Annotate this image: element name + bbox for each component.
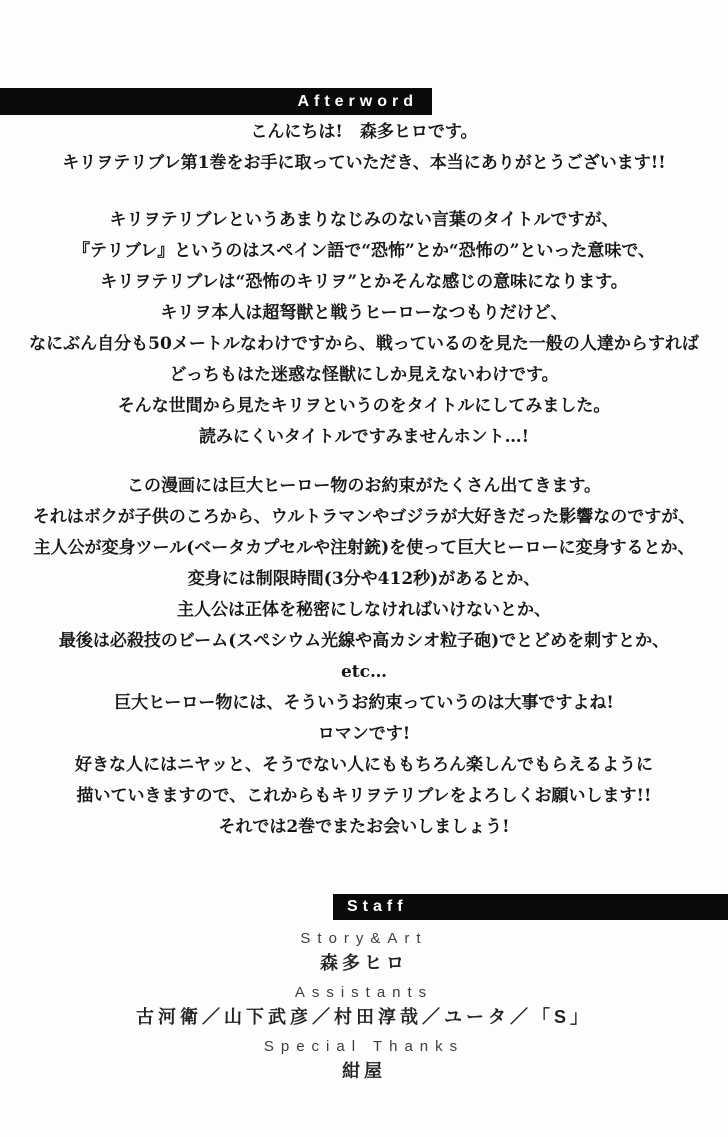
credit-block: Special Thanks紺屋 bbox=[0, 1038, 728, 1083]
credit-names: 古河衛／山下武彦／村田淳哉／ユータ／「S」 bbox=[0, 1003, 728, 1029]
afterword-header-label: Afterword bbox=[297, 93, 418, 111]
afterword-line: この漫画には巨大ヒーロー物のお約束がたくさん出てきます。 bbox=[18, 471, 710, 502]
afterword-paragraph: こんにちは! 森多ヒロです。キリヲテリブレ第1巻をお手に取っていただき、本当にあ… bbox=[18, 117, 710, 179]
afterword-paragraph: キリヲテリブレというあまりなじみのない言葉のタイトルですが、『テリブレ』というの… bbox=[18, 205, 710, 453]
afterword-line: キリヲテリブレ第1巻をお手に取っていただき、本当にありがとうございます!! bbox=[18, 148, 710, 179]
afterword-line: それでは2巻でまたお会いしましょう! bbox=[18, 812, 710, 843]
manga-afterword-page: Afterword こんにちは! 森多ヒロです。キリヲテリブレ第1巻をお手に取っ… bbox=[0, 0, 728, 1137]
afterword-line: 『テリブレ』というのはスペイン語で“恐怖”とか“恐怖の”といった意味で、 bbox=[18, 236, 710, 267]
credit-names: 紺屋 bbox=[0, 1057, 728, 1083]
afterword-line: キリヲテリブレは“恐怖のキリヲ”とかそんな感じの意味になります。 bbox=[18, 267, 710, 298]
credit-names: 森多ヒロ bbox=[0, 949, 728, 975]
afterword-line: etc… bbox=[18, 657, 710, 688]
afterword-line: ロマンです! bbox=[18, 719, 710, 750]
credit-role: Assistants bbox=[0, 984, 728, 1001]
afterword-line: なにぶん自分も50メートルなわけですから、戦っているのを見た一般の人達からすれば bbox=[18, 329, 710, 360]
afterword-line: 主人公が変身ツール(ベータカプセルや注射銃)を使って巨大ヒーローに変身するとか、 bbox=[18, 533, 710, 564]
credit-role: Special Thanks bbox=[0, 1038, 728, 1055]
afterword-line: そんな世間から見たキリヲというのをタイトルにしてみました。 bbox=[18, 391, 710, 422]
afterword-line: 巨大ヒーロー物には、そういうお約束っていうのは大事ですよね! bbox=[18, 688, 710, 719]
credit-block: Assistants古河衛／山下武彦／村田淳哉／ユータ／「S」 bbox=[0, 984, 728, 1029]
afterword-line: それはボクが子供のころから、ウルトラマンやゴジラが大好きだった影響なのですが、 bbox=[18, 502, 710, 533]
credit-block: Story&Art森多ヒロ bbox=[0, 930, 728, 975]
afterword-line: 好きな人にはニヤッと、そうでない人にももちろん楽しんでもらえるように bbox=[18, 750, 710, 781]
afterword-paragraph: この漫画には巨大ヒーロー物のお約束がたくさん出てきます。それはボクが子供のころか… bbox=[18, 471, 710, 843]
afterword-line: 読みにくいタイトルですみませんホント…! bbox=[18, 422, 710, 453]
afterword-line: 描いていきますので、これからもキリヲテリブレをよろしくお願いします!! bbox=[18, 781, 710, 812]
afterword-line: キリヲテリブレというあまりなじみのない言葉のタイトルですが、 bbox=[18, 205, 710, 236]
afterword-line: 主人公は正体を秘密にしなければいけないとか、 bbox=[18, 595, 710, 626]
afterword-line: 変身には制限時間(3分や412秒)があるとか、 bbox=[18, 564, 710, 595]
credit-role: Story&Art bbox=[0, 930, 728, 947]
afterword-line: キリヲ本人は超弩獣と戦うヒーローなつもりだけど、 bbox=[18, 298, 710, 329]
credits: Story&Art森多ヒロAssistants古河衛／山下武彦／村田淳哉／ユータ… bbox=[0, 930, 728, 1092]
staff-header-label: Staff bbox=[347, 898, 408, 916]
afterword-header-bar: Afterword bbox=[0, 88, 432, 115]
afterword-line: こんにちは! 森多ヒロです。 bbox=[18, 117, 710, 148]
staff-header-bar: Staff bbox=[333, 894, 728, 920]
afterword-body: こんにちは! 森多ヒロです。キリヲテリブレ第1巻をお手に取っていただき、本当にあ… bbox=[18, 117, 710, 861]
afterword-line: 最後は必殺技のビーム(スペシウム光線や高カシオ粒子砲)でとどめを刺すとか、 bbox=[18, 626, 710, 657]
afterword-line: どっちもはた迷惑な怪獣にしか見えないわけです。 bbox=[18, 360, 710, 391]
